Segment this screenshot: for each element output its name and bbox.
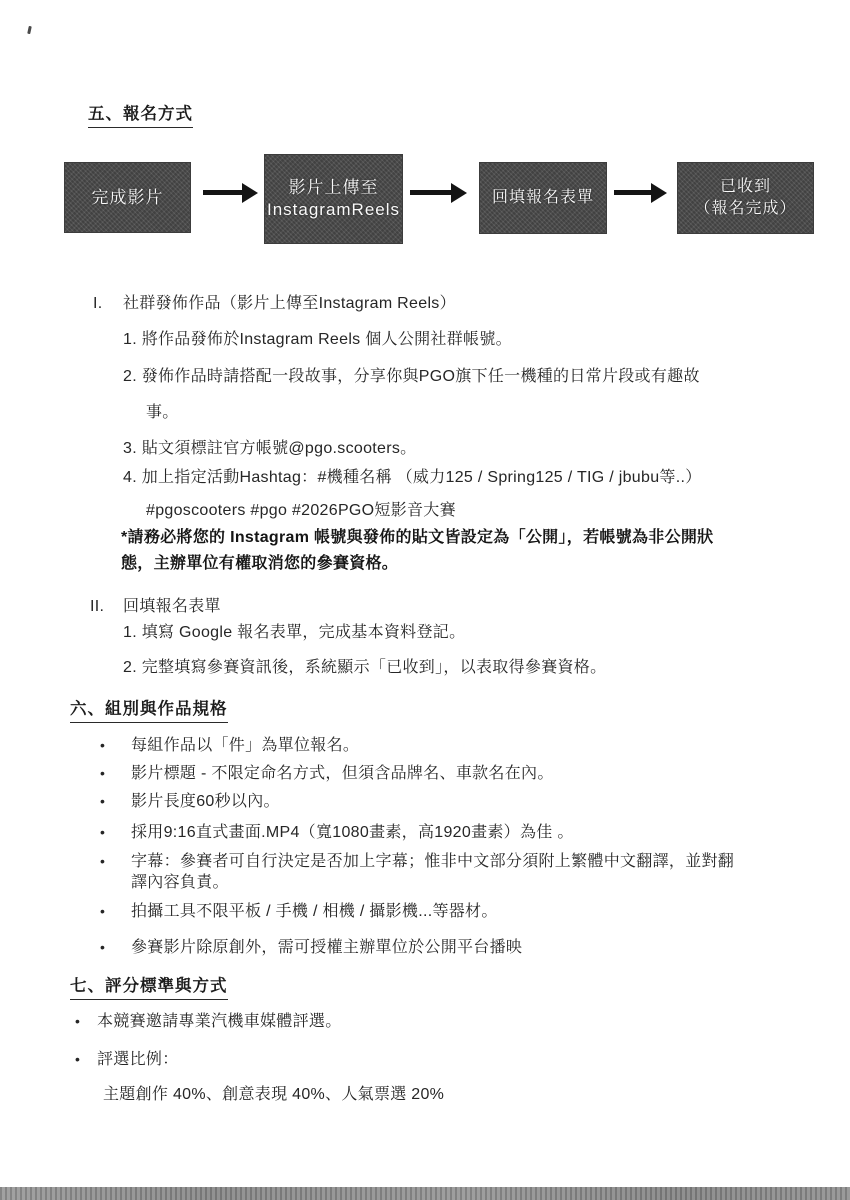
bullet-text: 拍攝工具不限平板 / 手機 / 相機 / 攝影機...等器材。	[131, 903, 498, 920]
bullet-item: •影片長度60秒以內。	[100, 791, 280, 812]
flow-step-box-4: 已收到 （報名完成）	[678, 163, 813, 233]
roman-item-2: II.回填報名表單	[90, 596, 221, 617]
list-item: 1. 將作品發佈於Instagram Reels 個人公開社群帳號。	[123, 329, 512, 350]
flow-step-box-1: 完成影片	[65, 163, 190, 232]
flow-arrow-2	[410, 190, 451, 195]
bullet-item: •採用9:16直式畫面.MP4（寬1080畫素，高1920畫素）為佳 。	[100, 822, 574, 843]
flow-step-box-3: 回填報名表單	[480, 163, 606, 233]
list-item: 2. 完整填寫參賽資訊後，系統顯示「已收到」，以表取得參賽資格。	[123, 657, 606, 678]
flow-step-box-2: 影片上傳至 InstagramReels	[265, 155, 402, 243]
bullet-item: •影片標題 - 不限定命名方式，但須含品牌名、車款名在內。	[100, 763, 554, 784]
scan-edge-artifact	[0, 1187, 850, 1200]
bullet-marker: •	[100, 851, 131, 872]
flow-step-label: InstagramReels	[267, 199, 400, 221]
bullet-marker: •	[100, 791, 131, 812]
flow-step-label: 影片上傳至	[289, 177, 379, 199]
flow-step-label: 回填報名表單	[492, 187, 594, 209]
list-item-continuation: #pgoscooters #pgo #2026PGO短影音大賽	[146, 500, 456, 521]
bullet-item: •參賽影片除原創外，需可授權主辦單位於公開平台播映	[100, 937, 522, 958]
bullet-text: 影片標題 - 不限定命名方式，但須含品牌名、車款名在內。	[131, 765, 554, 782]
roman-item-title: 社群發佈作品（影片上傳至Instagram Reels）	[123, 295, 456, 312]
bullet-marker: •	[75, 1011, 97, 1032]
section5-heading: 五、報名方式	[88, 100, 193, 128]
bullet-text: 評選比例：	[97, 1051, 179, 1068]
bullet-item: •拍攝工具不限平板 / 手機 / 相機 / 攝影機...等器材。	[100, 901, 498, 922]
bullet-text: 每組作品以「件」為單位報名。	[131, 737, 359, 754]
list-item: 1. 填寫 Google 報名表單，完成基本資料登記。	[123, 622, 465, 643]
list-item: 2. 發佈作品時請搭配一段故事，分享你與PGO旗下任一機種的日常片段或有趣故	[123, 366, 700, 387]
bullet-item-continuation: 譯內容負責。	[131, 872, 229, 893]
bullet-text: 採用9:16直式畫面.MP4（寬1080畫素，高1920畫素）為佳 。	[131, 824, 574, 841]
public-account-note-continuation: 態，主辦單位有權取消您的參賽資格。	[121, 553, 398, 574]
flow-arrow-3	[614, 190, 651, 195]
flow-step-label: （報名完成）	[694, 198, 796, 220]
scanned-document-page: 五、報名方式 完成影片 影片上傳至 InstagramReels 回填報名表單 …	[0, 0, 850, 1200]
bullet-marker: •	[100, 937, 131, 958]
bullet-text: 字幕：參賽者可自行決定是否加上字幕；惟非中文部分須附上繁體中文翻譯，並對翻	[131, 853, 734, 870]
section6-heading: 六、組別與作品規格	[70, 695, 228, 723]
roman-numeral: II.	[90, 596, 123, 617]
bullet-item: •每組作品以「件」為單位報名。	[100, 735, 359, 756]
roman-item-1: I.社群發佈作品（影片上傳至Instagram Reels）	[93, 293, 456, 314]
bullet-item: •本競賽邀請專業汽機車媒體評選。	[75, 1011, 342, 1032]
flow-arrow-1	[203, 190, 242, 195]
scan-speck-artifact	[27, 26, 32, 34]
bullet-item: •評選比例：	[75, 1049, 179, 1070]
bullet-marker: •	[100, 822, 131, 843]
flow-step-label: 完成影片	[92, 187, 164, 209]
bullet-text: 影片長度60秒以內。	[131, 793, 280, 810]
bullet-marker: •	[100, 763, 131, 784]
list-item: 3. 貼文須標註官方帳號@pgo.scooters。	[123, 438, 416, 459]
list-item-continuation: 事。	[146, 402, 179, 423]
section7-heading: 七、評分標準與方式	[70, 972, 228, 1000]
bullet-marker: •	[75, 1049, 97, 1070]
roman-numeral: I.	[93, 293, 123, 314]
public-account-note: *請務必將您的 Instagram 帳號與發佈的貼文皆設定為「公開」，若帳號為非…	[121, 527, 714, 548]
bullet-text: 本競賽邀請專業汽機車媒體評選。	[97, 1013, 342, 1030]
roman-item-title: 回填報名表單	[123, 598, 221, 615]
list-item: 4. 加上指定活動Hashtag：#機種名稱 （威力125 / Spring12…	[123, 467, 702, 488]
bullet-marker: •	[100, 735, 131, 756]
flow-step-label: 已收到	[720, 176, 771, 198]
bullet-text: 參賽影片除原創外，需可授權主辦單位於公開平台播映	[131, 939, 522, 956]
bullet-marker: •	[100, 901, 131, 922]
bullet-item: •字幕：參賽者可自行決定是否加上字幕；惟非中文部分須附上繁體中文翻譯，並對翻	[100, 851, 734, 872]
scoring-ratio-text: 主題創作 40%、創意表現 40%、人氣票選 20%	[103, 1084, 444, 1105]
